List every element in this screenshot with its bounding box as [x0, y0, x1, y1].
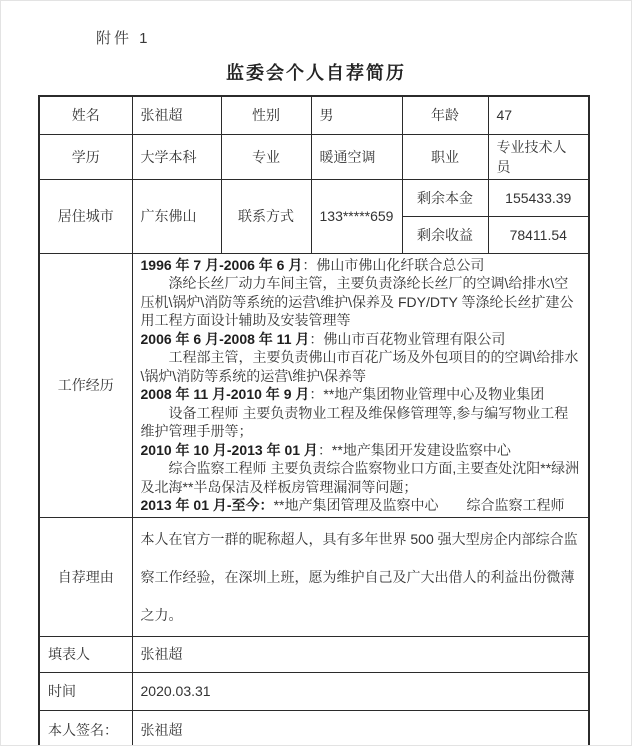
table-row: 填表人 张祖超	[39, 636, 589, 672]
table-row: 居住城市 广东佛山 联系方式 133*****659 剩余本金 155433.3…	[39, 179, 589, 216]
work-entry-period-line: 2006 年 6 月-2008 年 11 月：佛山市百花物业管理有限公司	[141, 330, 581, 349]
date-label: 时间	[39, 672, 132, 710]
occupation-label: 职业	[402, 134, 488, 179]
page-title: 监委会个人自荐简历	[1, 59, 631, 85]
signature-label: 本人签名：	[39, 710, 132, 746]
table-row: 自荐理由 本人在官方一群的昵称超人，具有多年世界 500 强大型房企内部综合监察…	[39, 517, 589, 636]
document-page: 附件 1 监委会个人自荐简历 姓名 张祖超 性别 男 年龄 47 学历 大学本科…	[0, 0, 632, 746]
remaining-principal-label: 剩余本金	[402, 179, 488, 216]
work-entry-desc: 涤纶长丝厂动力车间主管，主要负责涤纶长丝厂的空调\给排水\空压机\锅炉\消防等系…	[141, 274, 581, 330]
remaining-earnings-label: 剩余收益	[402, 216, 488, 253]
recommendation-label: 自荐理由	[39, 517, 132, 636]
remaining-earnings-value: 78411.54	[488, 216, 589, 253]
name-label: 姓名	[39, 96, 132, 134]
work-entry-desc: 设备工程师 主要负责物业工程及维保修管理等,参与编写物业工程维护管理手册等；	[141, 404, 581, 441]
work-history-label: 工作经历	[39, 253, 132, 517]
work-entry-period-line: 2008 年 11 月-2010 年 9 月：**地产集团物业管理中心及物业集团	[141, 385, 581, 404]
work-entry-desc: 综合监察工程师 主要负责综合监察物业口方面,主要查处沈阳**绿洲及北海**半岛保…	[141, 459, 581, 496]
city-value: 广东佛山	[132, 179, 221, 253]
name-value: 张祖超	[132, 96, 221, 134]
age-label: 年龄	[402, 96, 488, 134]
education-value: 大学本科	[132, 134, 221, 179]
date-value: 2020.03.31	[132, 672, 589, 710]
filler-value: 张祖超	[132, 636, 589, 672]
work-entry-desc: 工程部主管，主要负责佛山市百花广场及外包项目的的空调\给排水\锅炉\消防等系统的…	[141, 348, 581, 385]
age-value: 47	[488, 96, 589, 134]
work-entry-period-line: 2013 年 01 月-至今：**地产集团管理及监察中心 综合监察工程师	[141, 496, 581, 515]
gender-value: 男	[311, 96, 402, 134]
table-row: 工作经历 1996 年 7 月-2006 年 6 月：佛山市佛山化纤联合总公司涤…	[39, 253, 589, 517]
contact-value: 133*****659	[311, 179, 402, 253]
major-label: 专业	[221, 134, 311, 179]
education-label: 学历	[39, 134, 132, 179]
city-label: 居住城市	[39, 179, 132, 253]
remaining-principal-value: 155433.39	[488, 179, 589, 216]
filler-label: 填表人	[39, 636, 132, 672]
major-value: 暖通空调	[311, 134, 402, 179]
occupation-value: 专业技术人员	[488, 134, 589, 179]
work-history-content: 1996 年 7 月-2006 年 6 月：佛山市佛山化纤联合总公司涤纶长丝厂动…	[132, 253, 589, 517]
recommendation-text: 本人在官方一群的昵称超人，具有多年世界 500 强大型房企内部综合监察工作经验，…	[132, 517, 589, 636]
contact-label: 联系方式	[221, 179, 311, 253]
table-row: 学历 大学本科 专业 暖通空调 职业 专业技术人员	[39, 134, 589, 179]
table-row: 姓名 张祖超 性别 男 年龄 47	[39, 96, 589, 134]
attachment-label: 附件 1	[96, 27, 151, 48]
work-entry-period-line: 2010 年 10 月-2013 年 01 月：**地产集团开发建设监察中心	[141, 441, 581, 460]
resume-form-table: 姓名 张祖超 性别 男 年龄 47 学历 大学本科 专业 暖通空调 职业 专业技…	[38, 95, 590, 746]
table-row: 本人签名： 张祖超	[39, 710, 589, 746]
table-row: 时间 2020.03.31	[39, 672, 589, 710]
signature-value: 张祖超	[132, 710, 589, 746]
gender-label: 性别	[221, 96, 311, 134]
work-entry-period-line: 1996 年 7 月-2006 年 6 月：佛山市佛山化纤联合总公司	[141, 256, 581, 275]
